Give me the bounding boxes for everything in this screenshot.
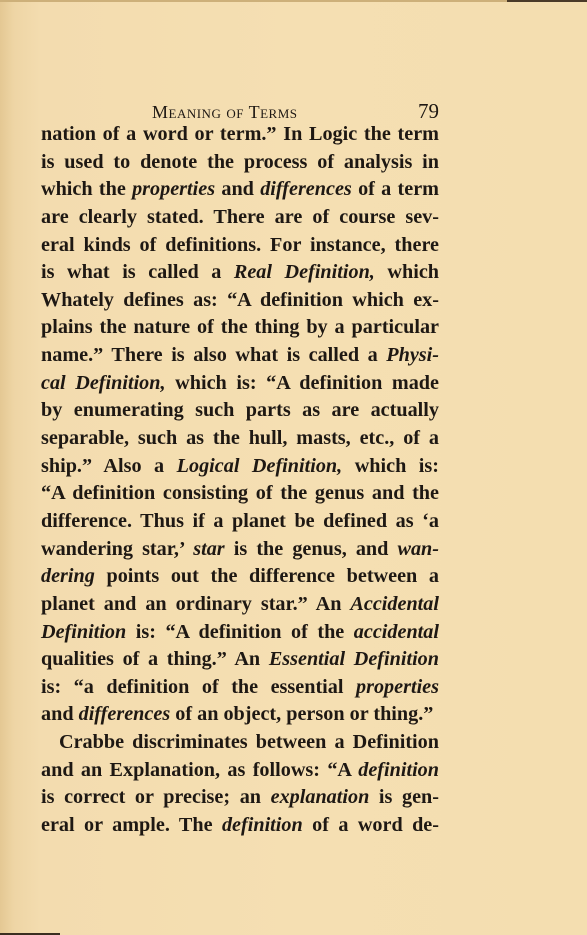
- text-run: by enumerating such parts as are actuall…: [41, 399, 439, 421]
- text-run: difference. Thus if a planet be defined …: [41, 510, 439, 532]
- text-run: and: [215, 178, 260, 200]
- text-line: by enumerating such parts as are actuall…: [41, 397, 439, 425]
- italic-run: wan-: [397, 538, 439, 560]
- text-line: eral kinds of definitions. For instance,…: [41, 232, 439, 260]
- page-top-shadow: [507, 0, 587, 2]
- text-run: qualities of a thing.” An: [41, 648, 269, 670]
- text-run: is: “a definition of the essential: [41, 676, 356, 698]
- text-line: nation of a word or term.” In Logic the …: [41, 121, 439, 149]
- text-run: are clearly stated. There are of course …: [41, 206, 439, 228]
- text-run: eral or ample. The: [41, 814, 222, 836]
- text-line: dering points out the difference between…: [41, 563, 439, 591]
- text-run: which the: [41, 178, 132, 200]
- text-run: Crabbe discriminates between a Definitio…: [59, 731, 439, 753]
- text-run: of a term: [352, 178, 439, 200]
- text-run: eral kinds of definitions. For instance,…: [41, 234, 439, 256]
- italic-run: Logical Definition,: [177, 455, 343, 477]
- text-run: “A definition consisting of the genus an…: [41, 482, 439, 504]
- text-line: name.” There is also what is called a Ph…: [41, 342, 439, 370]
- text-run: points out the difference between a: [95, 565, 439, 587]
- text-run: is correct or precise; an: [41, 786, 271, 808]
- italic-run: Definition: [41, 621, 126, 643]
- text-run: plains the nature of the thing by a part…: [41, 316, 439, 338]
- text-line: and differences of an object, person or …: [41, 701, 439, 729]
- text-line: cal Definition, which is: “A definition …: [41, 370, 439, 398]
- text-run: is gen-: [369, 786, 439, 808]
- italic-run: properties: [132, 178, 215, 200]
- italic-run: differences: [260, 178, 352, 200]
- text-line: is what is called a Real Definition, whi…: [41, 259, 439, 287]
- body-text: nation of a word or term.” In Logic the …: [41, 121, 439, 840]
- text-line: wandering star,’ star is the genus, and …: [41, 536, 439, 564]
- text-run: is: “A definition of the: [126, 621, 354, 643]
- running-head: Meaning of Terms: [152, 102, 298, 123]
- text-run: planet and an ordinary star.” An: [41, 593, 350, 615]
- italic-run: explanation: [271, 786, 370, 808]
- italic-run: cal Definition,: [41, 372, 166, 394]
- text-run: of an object, person or thing.”: [170, 703, 433, 725]
- text-run: wandering star,’: [41, 538, 193, 560]
- text-line: is used to denote the process of analysi…: [41, 149, 439, 177]
- italic-run: accidental: [354, 621, 439, 643]
- text-line: which the properties and differences of …: [41, 176, 439, 204]
- text-line: separable, such as the hull, masts, etc.…: [41, 425, 439, 453]
- text-run: Whately defines as: “A definition which …: [41, 289, 439, 311]
- text-run: is what is called a: [41, 261, 234, 283]
- text-line: is correct or precise; an explanation is…: [41, 784, 439, 812]
- italic-run: properties: [356, 676, 439, 698]
- text-line: qualities of a thing.” An Essential Defi…: [41, 646, 439, 674]
- text-line: planet and an ordinary star.” An Acciden…: [41, 591, 439, 619]
- text-run: separable, such as the hull, masts, etc.…: [41, 427, 439, 449]
- text-line: are clearly stated. There are of course …: [41, 204, 439, 232]
- text-line: Definition is: “A definition of the acci…: [41, 619, 439, 647]
- text-line: ship.” Also a Logical Definition, which …: [41, 453, 439, 481]
- italic-run: definition: [222, 814, 303, 836]
- text-run: name.” There is also what is called a: [41, 344, 386, 366]
- italic-run: Essential Definition: [269, 648, 439, 670]
- text-line: and an Explanation, as follows: “A defin…: [41, 757, 439, 785]
- italic-run: Physi-: [386, 344, 439, 366]
- text-line: eral or ample. The definition of a word …: [41, 812, 439, 840]
- text-run: which is:: [342, 455, 439, 477]
- text-run: ship.” Also a: [41, 455, 177, 477]
- italic-run: star: [193, 538, 224, 560]
- italic-run: Accidental: [350, 593, 439, 615]
- italic-run: Real Definition,: [234, 261, 375, 283]
- text-run: is the genus, and: [225, 538, 398, 560]
- text-line: is: “a definition of the essential prope…: [41, 674, 439, 702]
- text-line: Whately defines as: “A definition which …: [41, 287, 439, 315]
- italic-run: definition: [358, 759, 439, 781]
- text-line: difference. Thus if a planet be defined …: [41, 508, 439, 536]
- text-line: “A definition consisting of the genus an…: [41, 480, 439, 508]
- text-run: of a word de-: [303, 814, 439, 836]
- text-line: plains the nature of the thing by a part…: [41, 314, 439, 342]
- text-run: and an Explanation, as follows: “A: [41, 759, 358, 781]
- italic-run: dering: [41, 565, 95, 587]
- text-run: and: [41, 703, 79, 725]
- text-line: Crabbe discriminates between a Definitio…: [41, 729, 439, 757]
- text-run: nation of a word or term.” In Logic the …: [41, 123, 439, 145]
- italic-run: differences: [79, 703, 171, 725]
- text-run: which is: “A definition made: [166, 372, 439, 394]
- text-run: which: [375, 261, 439, 283]
- page-top-edge: [0, 0, 587, 2]
- text-run: is used to denote the process of analysi…: [41, 151, 439, 173]
